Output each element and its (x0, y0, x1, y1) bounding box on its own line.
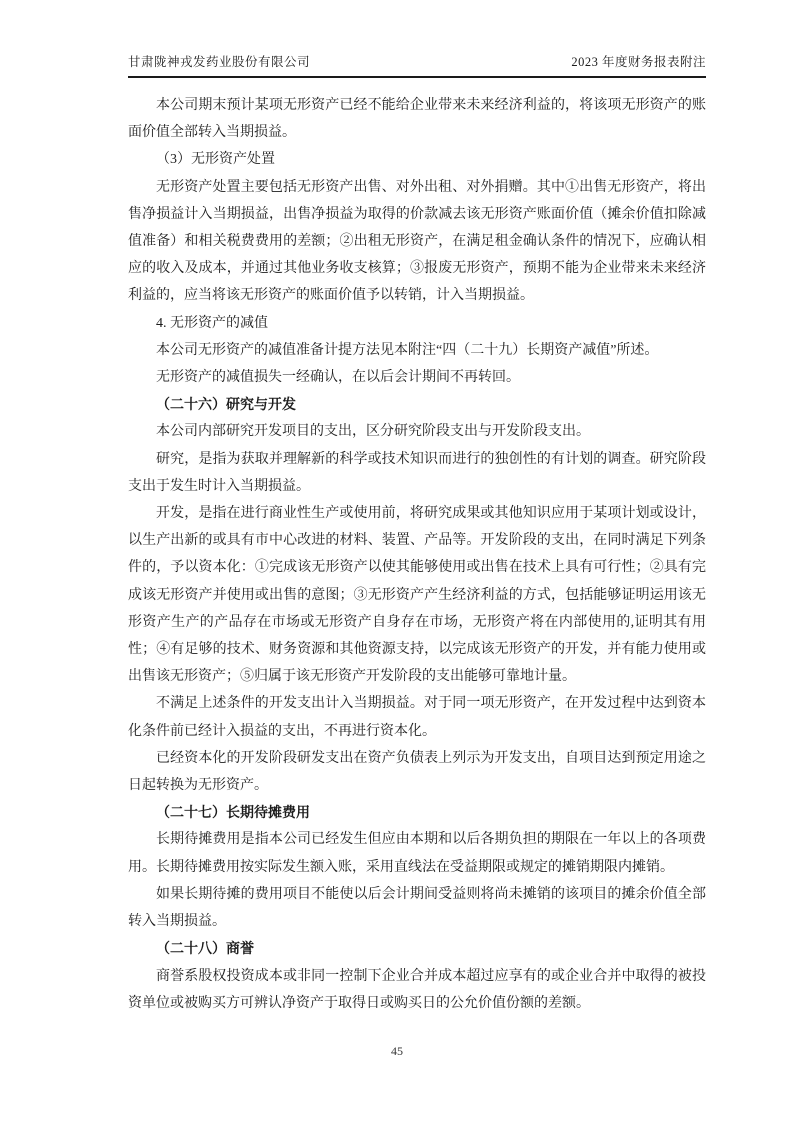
paragraph: 本公司内部研究开发项目的支出，区分研究阶段支出与开发阶段支出。 (128, 418, 706, 445)
page-header: 甘肃陇神戎发药业股份有限公司 2023 年度财务报表附注 (128, 52, 706, 78)
document-page: 甘肃陇神戎发药业股份有限公司 2023 年度财务报表附注 本公司期末预计某项无形… (0, 0, 794, 1122)
paragraph: 4. 无形资产的减值 (128, 310, 706, 337)
section-heading: （二十八）商誉 (128, 935, 706, 962)
paragraph: 开发，是指在进行商业性生产或使用前，将研究成果或其他知识应用于某项计划或设计，以… (128, 500, 706, 690)
paragraph: 无形资产处置主要包括无形资产出售、对外出租、对外捐赠。其中①出售无形资产，将出售… (128, 174, 706, 310)
paragraph: 长期待摊费用是指本公司已经发生但应由本期和以后各期负担的期限在一年以上的各项费用… (128, 826, 706, 880)
page-footer: 45 (0, 1044, 794, 1059)
paragraph: （3）无形资产处置 (128, 146, 706, 173)
paragraph: 如果长期待摊的费用项目不能使以后会计期间受益则将尚未摊销的该项目的摊余价值全部转… (128, 881, 706, 935)
report-title: 2023 年度财务报表附注 (571, 52, 706, 70)
paragraph: 本公司期末预计某项无形资产已经不能给企业带来未来经济利益的，将该项无形资产的账面… (128, 92, 706, 146)
paragraph: 无形资产的减值损失一经确认，在以后会计期间不再转回。 (128, 364, 706, 391)
paragraph: 已经资本化的开发阶段研发支出在资产负债表上列示为开发支出，自项目达到预定用途之日… (128, 745, 706, 799)
page-number: 45 (391, 1044, 403, 1058)
document-body: 本公司期末预计某项无形资产已经不能给企业带来未来经济利益的，将该项无形资产的账面… (128, 92, 706, 1017)
section-heading: （二十七）长期待摊费用 (128, 799, 706, 826)
paragraph: 商誉系股权投资成本或非同一控制下企业合并成本超过应享有的或企业合并中取得的被投资… (128, 963, 706, 1017)
company-name: 甘肃陇神戎发药业股份有限公司 (128, 52, 310, 70)
paragraph: 研究，是指为获取并理解新的科学或技术知识而进行的独创性的有计划的调查。研究阶段支… (128, 446, 706, 500)
paragraph: 不满足上述条件的开发支出计入当期损益。对于同一项无形资产，在开发过程中达到资本化… (128, 690, 706, 744)
paragraph: 本公司无形资产的减值准备计提方法见本附注“四（二十九）长期资产减值”所述。 (128, 337, 706, 364)
section-heading: （二十六）研究与开发 (128, 391, 706, 418)
